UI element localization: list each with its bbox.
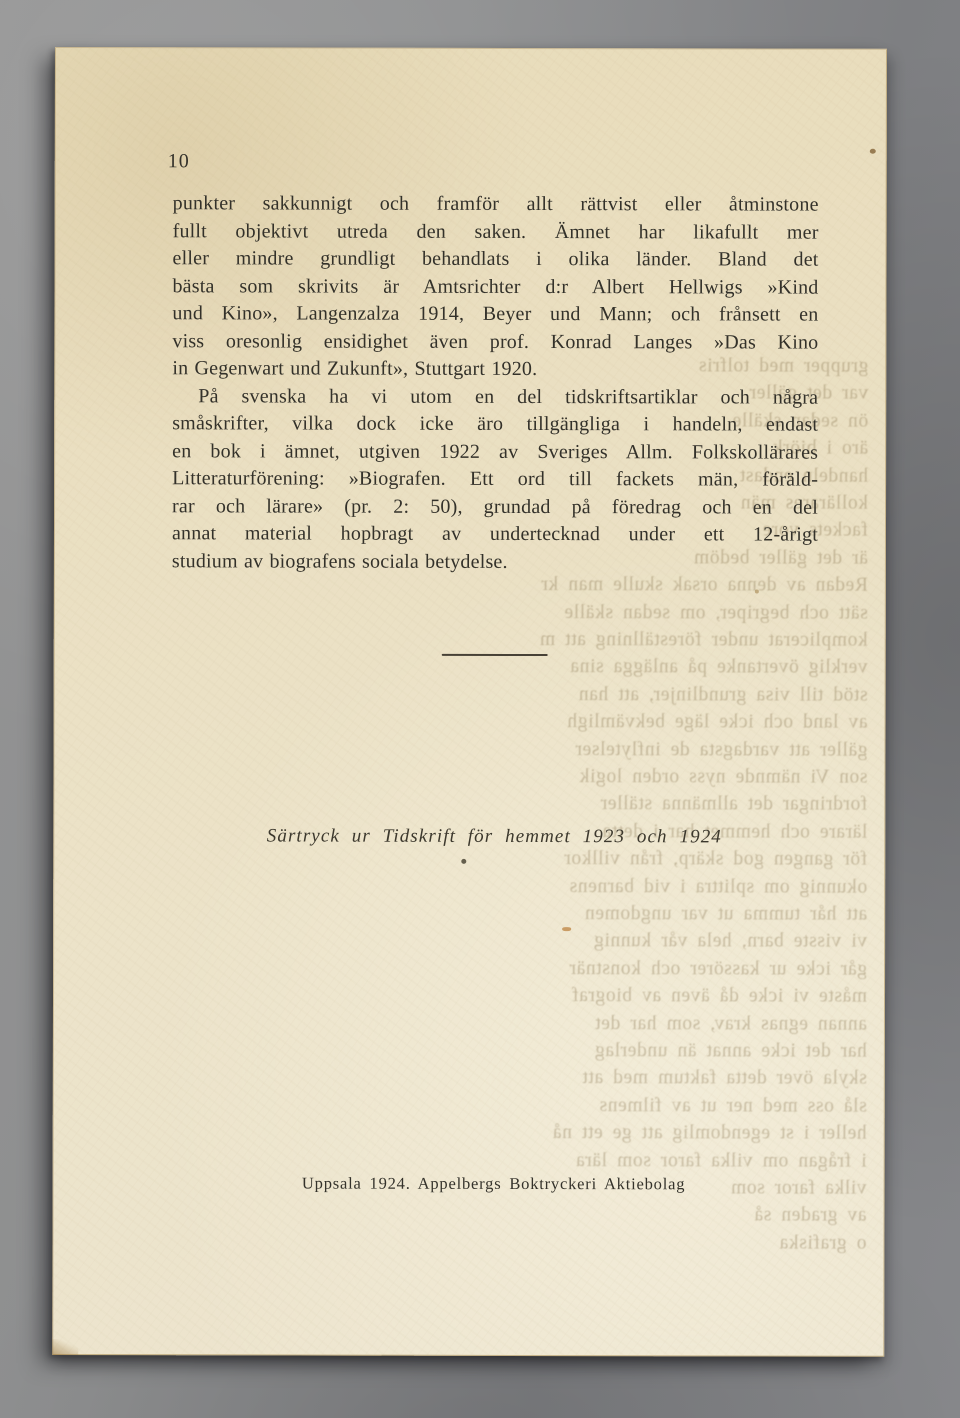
text-line: und Kino», Langenzalza 1914, Beyer und M…: [172, 300, 818, 329]
paper-speck: [755, 589, 759, 593]
text-line: bästa som skrivits är Amtsrichter d:r Al…: [172, 273, 818, 302]
show-through-line: heller i st egendomlig att ge ett nå: [424, 1122, 867, 1145]
show-through-line: o grafiska: [423, 1232, 866, 1255]
show-through-line: måste vi icke då även av biograf: [424, 985, 867, 1008]
text-line: På svenska ha vi utom en del tidskriftsa…: [172, 383, 818, 412]
text-line: in Gegenwart und Zukunft», Stuttgart 192…: [172, 355, 818, 384]
show-through-line: verklig övertanke på anlägga sina: [425, 656, 868, 679]
show-through-line: att hår tumma ut var ungdomen: [424, 903, 867, 926]
show-through-line: Redan av denna orsak skulle man kr: [425, 574, 868, 597]
show-through-line: har det icke annat än underlag: [424, 1040, 867, 1063]
show-through-line: skyla över detta faktum med att: [424, 1067, 867, 1090]
text-line: annat material hopbragt av undertecknad …: [172, 520, 818, 549]
body-text: punkter sakkunnigt och framför allt rätt…: [172, 190, 819, 576]
show-through-line: av land och icke läge bekvämligh: [425, 711, 868, 734]
show-through-line: slå oss med ner ut av filmens: [424, 1095, 867, 1118]
text-line: rar och lärare» (pr. 2: 50), grundad på …: [172, 493, 818, 522]
scanned-page: grupper med tolfrisvar det gällerön seda…: [52, 47, 887, 1357]
text-line: punkter sakkunnigt och framför allt rätt…: [173, 190, 819, 219]
show-through-line: sätt och begriper, om sedan skälle: [425, 601, 868, 624]
text-line: småskrifter, vilka dock icke äro tillgän…: [172, 410, 818, 439]
show-through-line: i frågan om vilka faror som lära: [424, 1149, 867, 1172]
photo-backdrop: { "document": { "page_number": "10", "pa…: [0, 0, 960, 1418]
show-through-line: gäller att vardagsta de inflytelser: [425, 738, 868, 761]
reprint-note: Särtryck ur Tidskrift för hemmet 1923 oc…: [171, 824, 817, 849]
paper-corner-wear: [52, 1339, 78, 1355]
show-through-line: vi visste barn, hela vår kunnig: [424, 930, 867, 953]
printer-imprint: Uppsala 1924. Appelbergs Boktryckeri Akt…: [171, 1173, 817, 1194]
show-through-line: av graden så: [424, 1204, 867, 1227]
show-through-line: son Vi nämnde nyss orden logik: [424, 766, 867, 789]
page-number: 10: [168, 150, 190, 173]
text-line: Litteraturförening: »Biografen. Ett ord …: [172, 465, 818, 494]
section-rule: [442, 654, 548, 656]
text-line: eller mindre grundligt behandlats i olik…: [173, 245, 819, 274]
text-line: en bok i ämnet, utgiven 1922 av Sveriges…: [172, 438, 818, 467]
show-through-line: komplicerat under föreställning att m: [425, 629, 868, 652]
show-through-line: för gangen god skärp, från villkor: [424, 848, 867, 871]
show-through-line: annan egnas krav, som har det: [424, 1012, 867, 1035]
text-line: studium av biografens sociala betydelse.: [172, 548, 818, 577]
show-through-line: stöd till visa grundlinjer, att han: [425, 684, 868, 707]
paper-speck: [870, 149, 876, 154]
paper-speck: [461, 859, 466, 864]
paper-speck: [562, 927, 571, 931]
show-through-line: går icke ur kassörer och konstnär: [424, 958, 867, 981]
text-line: viss oresonlig ensidighet även prof. Kon…: [172, 328, 818, 357]
show-through-line: okunnig om splittra i vid barnens: [424, 875, 867, 898]
text-line: fullt objektivt utreda den saken. Ämnet …: [173, 218, 819, 247]
show-through-line: fordringar det allmänna ställer: [424, 793, 867, 816]
